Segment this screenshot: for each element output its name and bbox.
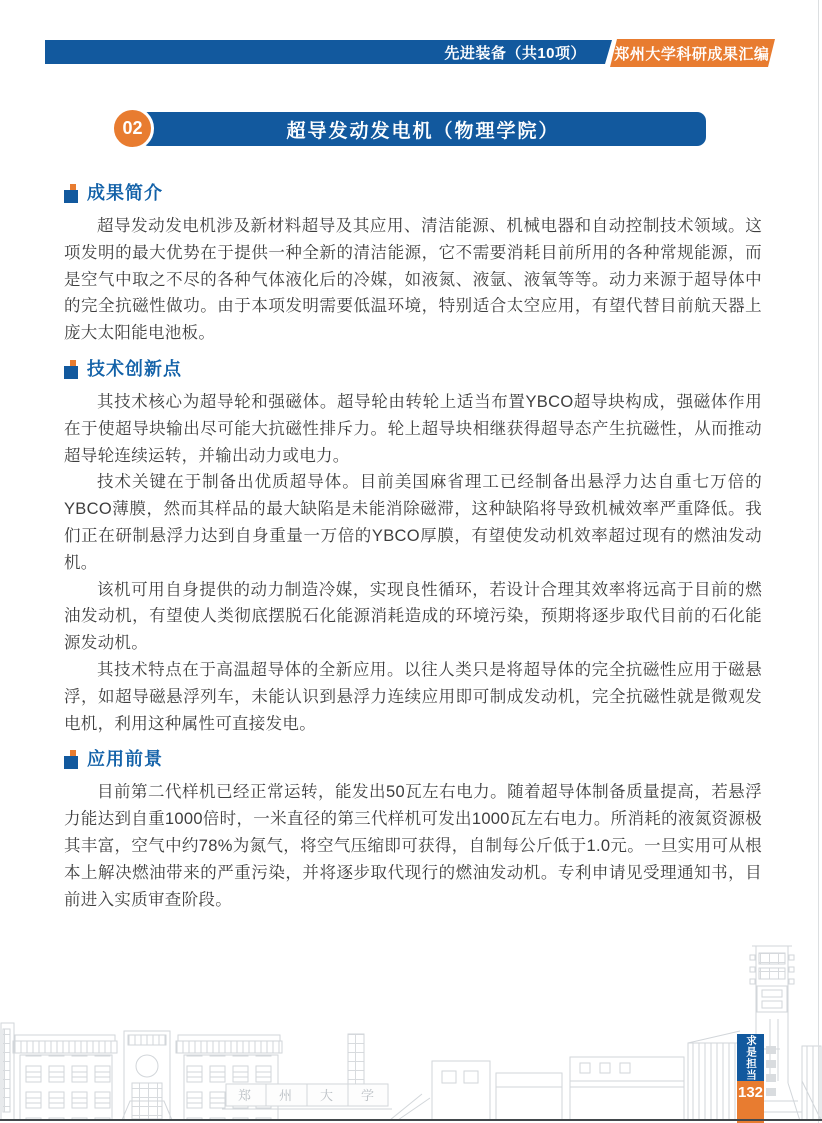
paragraph: 超导发动发电机涉及新材料超导及其应用、清洁能源、机械电器和自动控制技术领域。这项… — [64, 213, 762, 347]
title-number: 02 — [122, 118, 142, 139]
header-collection-label: 郑州大学科研成果汇编 — [615, 43, 770, 64]
motto-badge: 求是担当 — [737, 1034, 764, 1081]
motto-text: 求是担当 — [737, 1035, 764, 1081]
section-application-prospect: 应用前景 目前第二代样机已经正常运转，能发出50瓦左右电力。随着超导体制备质量提… — [64, 748, 762, 913]
section-heading-row: 应用前景 — [64, 748, 762, 770]
page-bottom-rule — [0, 1119, 822, 1121]
header-category-bar: 先进装备（共10项） — [45, 40, 612, 64]
title-number-badge: 02 — [111, 107, 154, 150]
page-right-edge-line — [818, 0, 819, 1123]
bookmark-icon — [64, 360, 79, 380]
paragraph: 该机可用自身提供的动力制造冷媒，实现良性循环，若设计合理其效率将远高于目前的燃油… — [64, 577, 762, 657]
gate-sign-label: 郑州大学 — [238, 1088, 402, 1103]
section-tech-innovation: 技术创新点 其技术核心为超导轮和强磁体。超导轮由转轮上适当布置YBCO超导块构成… — [64, 358, 762, 737]
header-collection-badge: 郑州大学科研成果汇编 — [610, 39, 775, 67]
paragraph: 其技术特点在于高温超导体的全新应用。以往人类只是将超导体的完全抗磁性应用于磁悬浮… — [64, 657, 762, 737]
document-body: 成果简介 超导发动发电机涉及新材料超导及其应用、清洁能源、机械电器和自动控制技术… — [64, 182, 762, 913]
campus-skyline-art: 郑州大学 — [0, 931, 822, 1121]
section-heading: 技术创新点 — [87, 358, 182, 380]
paragraph: 技术关键在于制备出优质超导体。目前美国麻省理工已经制备出悬浮力达自重七万倍的YB… — [64, 469, 762, 576]
section-achievement-intro: 成果简介 超导发动发电机涉及新材料超导及其应用、清洁能源、机械电器和自动控制技术… — [64, 182, 762, 347]
bookmark-icon — [64, 184, 79, 204]
bookmark-icon — [64, 750, 79, 770]
section-heading-row: 技术创新点 — [64, 358, 762, 380]
page-number-badge: 132 — [737, 1081, 764, 1123]
title-banner: 超导发动发电机（物理学院） — [140, 112, 706, 146]
section-heading: 应用前景 — [87, 748, 163, 770]
page-title: 超导发动发电机（物理学院） — [286, 116, 559, 143]
section-heading-row: 成果简介 — [64, 182, 762, 204]
section-heading: 成果简介 — [87, 182, 163, 204]
paragraph: 目前第二代样机已经正常运转，能发出50瓦左右电力。随着超导体制备质量提高，若悬浮… — [64, 779, 762, 913]
header-category-label: 先进装备（共10项） — [444, 42, 612, 63]
paragraph: 其技术核心为超导轮和强磁体。超导轮由转轮上适当布置YBCO超导块构成，强磁体作用… — [64, 389, 762, 469]
page-number: 132 — [738, 1084, 763, 1101]
